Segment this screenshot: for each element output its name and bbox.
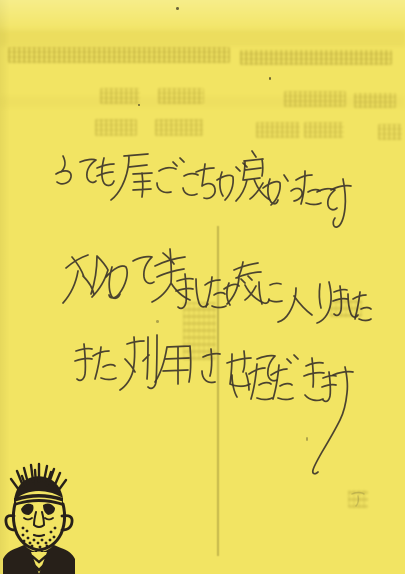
handwritten-line-3: また利用させて いただきます [68, 336, 373, 428]
man-face-stamp-icon [1, 460, 79, 574]
handwritten-line-1: とても 居ごこちが 良かったです [50, 152, 355, 232]
handwritten-line-2: 初めて来ましたが 気に入りました [58, 250, 378, 332]
bleedthrough-mark [352, 493, 364, 507]
comment-card-paper: とても 居ごこちが 良かったです 初めて来ましたが 気に入りました また利用させ… [0, 0, 405, 574]
